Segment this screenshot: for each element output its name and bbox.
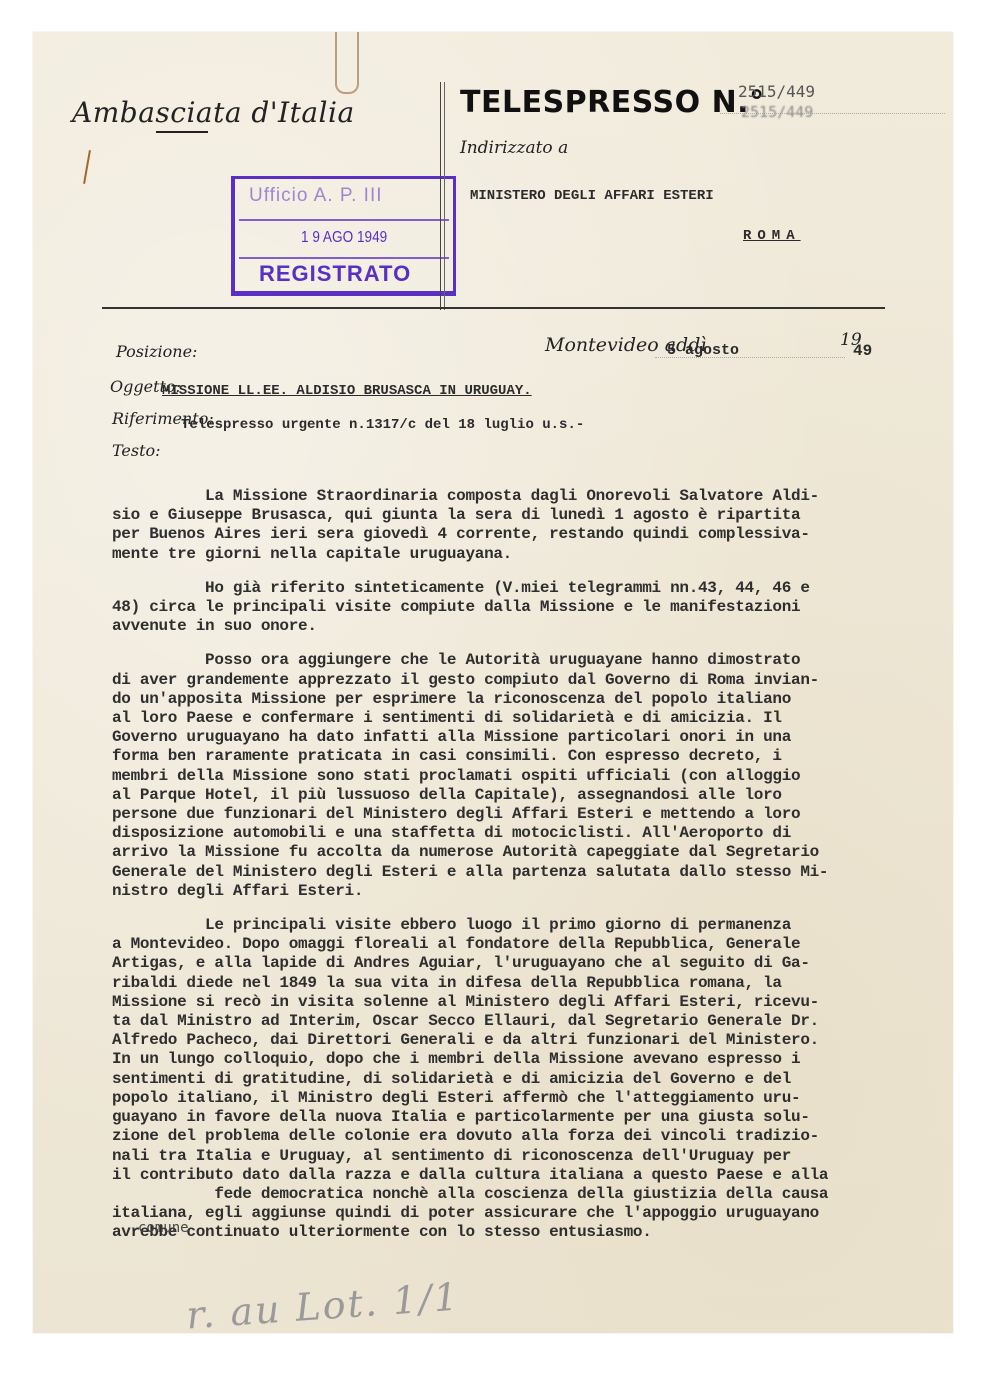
recipient-city: ROMA: [743, 228, 801, 244]
telespresso-number-smudged: 2515/449: [741, 103, 813, 121]
text-line: ta dal Ministro ad Interim, Oscar Secco …: [112, 1012, 952, 1031]
registration-stamp: Ufficio A. P. III 1 9 AGO 1949 REGISTRAT…: [231, 176, 456, 296]
year-suffix: 49: [853, 342, 872, 360]
text-line: 48) circa le principali visite compiute …: [112, 598, 952, 617]
text-line: arrivo la Missione fu accolta da numeros…: [112, 843, 952, 862]
text-line: ribaldi diede nel 1849 la sua vita in di…: [112, 974, 952, 993]
text-line: Alfredo Pacheco, dai Direttori Generali …: [112, 1031, 952, 1050]
text-line: zione del problema delle colonie era dov…: [112, 1127, 952, 1146]
paragraph: Posso ora aggiungere che le Autorità uru…: [112, 651, 952, 901]
text-line: guayano in favore della nuova Italia e p…: [112, 1108, 952, 1127]
text-line: In un lungo colloquio, dopo che i membri…: [112, 1050, 952, 1069]
header-divider-vertical: [444, 82, 445, 310]
text-line: do un'apposita Missione per esprimere la…: [112, 690, 952, 709]
text-line: persone due funzionari del Ministero deg…: [112, 805, 952, 824]
text-line: Posso ora aggiungere che le Autorità uru…: [112, 651, 952, 670]
text-line: di aver grandemente apprezzato il gesto …: [112, 671, 952, 690]
text-line: disposizione automobili e una staffetta …: [112, 824, 952, 843]
reference-text: Telespresso urgente n.1317/c del 18 lugl…: [181, 417, 584, 433]
text-line: forma ben raramente praticata in casi co…: [112, 747, 952, 766]
header-divider-horizontal: [102, 307, 885, 309]
text-line: La Missione Straordinaria composta dagli…: [112, 487, 952, 506]
text-line: sentimenti di gratitudine, di solidariet…: [112, 1070, 952, 1089]
number-dotted-line: [720, 113, 945, 114]
paragraph: Ho già riferito sinteticamente (V.miei t…: [112, 579, 952, 637]
paragraph: Le principali visite ebbero luogo il pri…: [112, 916, 952, 1242]
header-divider-vertical: [440, 82, 441, 310]
stamp-divider: [239, 219, 449, 221]
subject-text: MISSIONE LL.EE. ALDISIO BRUSASCA IN URUG…: [162, 383, 532, 399]
text-line: popolo italiano, il Ministro degli Ester…: [112, 1089, 952, 1108]
rust-stain-mark: [335, 32, 359, 94]
text-line: mente tre giorni nella capitale uruguaya…: [112, 545, 952, 564]
letterhead-underline: [156, 131, 208, 133]
stamp-date: 1 9 AGO 1949: [301, 229, 387, 247]
letter-body: La Missione Straordinaria composta dagli…: [112, 487, 952, 1258]
text-line: Governo uruguayano ha dato infatti alla …: [112, 728, 952, 747]
text-line: per Buenos Aires ieri sera giovedì 4 cor…: [112, 525, 952, 544]
text-line: al loro Paese e confermare i sentimenti …: [112, 709, 952, 728]
telespresso-number: 2515/449: [738, 82, 815, 101]
text-line: al Parque Hotel, il più lussuoso della C…: [112, 786, 952, 805]
text-line: il contributo dato dalla razza e dalla c…: [112, 1166, 952, 1185]
text-line: fede democratica nonchè alla coscienza d…: [112, 1185, 952, 1204]
recipient: MINISTERO DEGLI AFFARI ESTERI: [470, 188, 714, 204]
date-day: 5 agosto: [667, 342, 739, 359]
text-line: Artigas, e alla lapide di Andres Aguiar,…: [112, 954, 952, 973]
addressed-to-label: Indirizzato a: [460, 138, 568, 158]
text-line: Ho già riferito sinteticamente (V.miei t…: [112, 579, 952, 598]
text-line: avrebbe continuato ulteriormente con lo …: [112, 1223, 952, 1242]
embassy-letterhead: Ambasciata d'Italia: [72, 96, 355, 129]
text-line: membri della Missione sono stati proclam…: [112, 767, 952, 786]
text-line: a Montevideo. Dopo omaggi floreali al fo…: [112, 935, 952, 954]
position-label: Posizione:: [116, 342, 197, 361]
document-type-title: TELESPRESSO N.°: [460, 85, 765, 120]
text-line: nali tra Italia e Uruguay, al sentimento…: [112, 1147, 952, 1166]
text-line: avvenute in suo onore.: [112, 617, 952, 636]
inserted-word: comune: [138, 1220, 189, 1236]
paragraph: La Missione Straordinaria composta dagli…: [112, 487, 952, 564]
text-line: Generale del Ministero degli Esteri e al…: [112, 863, 952, 882]
text-line: Le principali visite ebbero luogo il pri…: [112, 916, 952, 935]
text-line: Missione si recò in visita solenne al Mi…: [112, 993, 952, 1012]
text-line: italiana, egli aggiunse quindi di poter …: [112, 1204, 952, 1223]
stamp-status: REGISTRATO: [259, 261, 411, 287]
text-label: Testo:: [112, 441, 161, 460]
text-line: sio e Giuseppe Brusasca, qui giunta la s…: [112, 506, 952, 525]
stamp-divider: [239, 257, 449, 259]
stamp-office: Ufficio A. P. III: [249, 185, 383, 207]
text-line: nistro degli Affari Esteri.: [112, 882, 952, 901]
